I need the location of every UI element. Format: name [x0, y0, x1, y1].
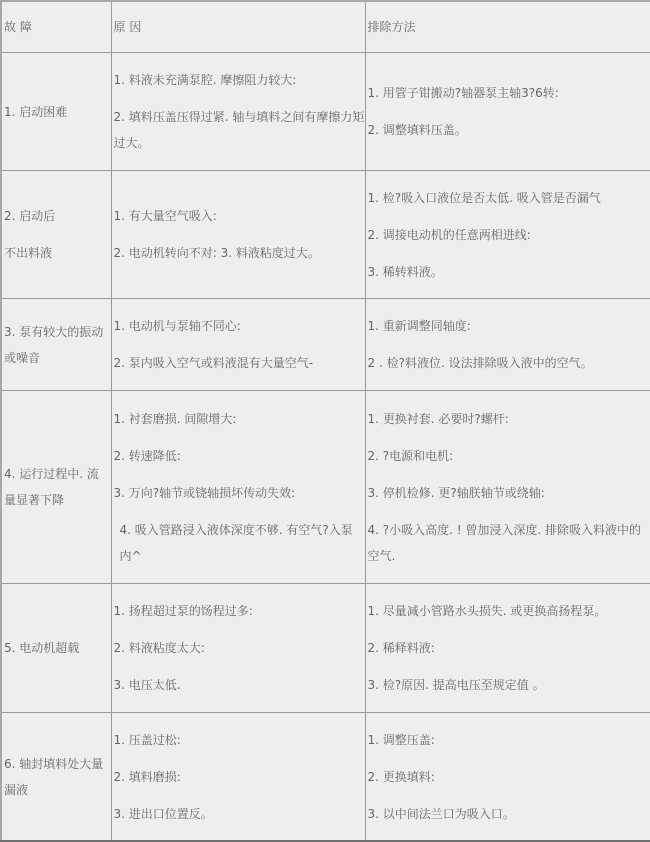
cause-item: 1. 衬套磨损. 间隙增大: [114, 406, 365, 432]
header-cause: 原 因 [111, 1, 365, 53]
cause-cell: 1. 料液未充满泵腔. 摩擦阻力较大: 2. 填料压盖压得过紧. 轴与填料之间有… [111, 53, 365, 171]
remedy-item: 3. 停机检修. 更?轴朕轴节或绕轴: [368, 480, 650, 506]
fault-text: 2. 启动后 [4, 203, 111, 229]
fault-text: 6. 轴封填料处大量漏液 [4, 751, 111, 803]
cause-item: 3. 万向?轴节或铙轴损坏传动失效: [114, 480, 365, 506]
remedy-item: 1. 检?吸入口液位是否太低. 吸入管是否漏气 [368, 185, 650, 211]
remedy-item: 1. 更换衬套. 必要时?螺杆: [368, 406, 650, 432]
cause-item: 2. 泵内吸入空气或料液混有大量空气- [114, 350, 365, 376]
remedy-item: 1. 调整压盖: [368, 727, 650, 753]
cause-item: 1. 电动机与泵轴不同心: [114, 313, 365, 339]
table-row: 5. 电动机超载 1. 扬程超过泵的饧程过多: 2. 料液粘度太大: 3. 电压… [1, 584, 650, 713]
remedy-item: 1. 尽量减小管路水头损失. 或更换高扬程泵。 [368, 598, 650, 624]
fault-text: 1. 启动困难 [4, 99, 111, 125]
remedy-item: 1. 用管子钳搬动?轴器泵主轴3?6转: [368, 80, 650, 106]
fault-cell: 4. 运行过程中. 流量显著下降 [1, 391, 111, 584]
cause-item: 2. 电动机转向不对: 3. 料液粘度过大。 [114, 240, 365, 266]
cause-cell: 1. 电动机与泵轴不同心: 2. 泵内吸入空气或料液混有大量空气- [111, 299, 365, 391]
cause-item: 3. 电压太低. [114, 672, 365, 698]
cause-item: 2. 转速降低: [114, 443, 365, 469]
fault-text: 不出料液 [4, 240, 111, 266]
remedy-item: 3. 以中间法兰口为吸入口。 [368, 801, 650, 827]
cause-cell: 1. 衬套磨损. 间隙增大: 2. 转速降低: 3. 万向?轴节或铙轴损坏传动失… [111, 391, 365, 584]
remedy-item: 2. 更换填料: [368, 764, 650, 790]
cause-cell: 1. 有大量空气吸入: 2. 电动机转向不对: 3. 料液粘度过大。 [111, 171, 365, 299]
header-remedy: 排除方法 [365, 1, 650, 53]
table-header-row: 故 障 原 因 排除方法 [1, 1, 650, 53]
fault-text: 3. 泵有较大的振动或噪音 [4, 319, 111, 371]
remedy-item: 4. ?小吸入高度. ! 曾加浸入深度. 排除吸入料液中的空气. [368, 517, 650, 569]
pump-fault-table: 故 障 原 因 排除方法 1. 启动困难 1. 料液未充满泵腔. 摩擦阻力较大:… [0, 0, 650, 842]
remedy-item: 3. 检?原因. 提高电压至规定值 。 [368, 672, 650, 698]
cause-item: 1. 压盖过松: [114, 727, 365, 753]
cause-item: 1. 有大量空气吸入: [114, 203, 365, 229]
fault-cell: 5. 电动机超载 [1, 584, 111, 713]
cause-item: 4. 吸入管路浸入液体深度不够. 有空气?入泵内^ [114, 517, 365, 569]
cause-item: 2. 填料磨损: [114, 764, 365, 790]
cause-item: 3. 进出口位置反。 [114, 801, 365, 827]
remedy-item: 2. 稀释料液: [368, 635, 650, 661]
table-row: 3. 泵有较大的振动或噪音 1. 电动机与泵轴不同心: 2. 泵内吸入空气或料液… [1, 299, 650, 391]
fault-text: 5. 电动机超载 [4, 635, 111, 661]
remedy-cell: 1. 重新调整同轴度: 2 . 检?料液位. 设法排除吸入液中的空气。 [365, 299, 650, 391]
remedy-item: 2. 调整填料压盖。 [368, 117, 650, 143]
remedy-cell: 1. 更换衬套. 必要时?螺杆: 2. ?电源和电机: 3. 停机检修. 更?轴… [365, 391, 650, 584]
table-row: 2. 启动后 不出料液 1. 有大量空气吸入: 2. 电动机转向不对: 3. 料… [1, 171, 650, 299]
remedy-item: 3. 稀转料液。 [368, 259, 650, 285]
cause-item: 1. 料液未充满泵腔. 摩擦阻力较大: [114, 67, 365, 93]
remedy-cell: 1. 调整压盖: 2. 更换填料: 3. 以中间法兰口为吸入口。 [365, 713, 650, 842]
cause-item: 2. 料液粘度太大: [114, 635, 365, 661]
remedy-item: 2. 调接电动机的任意两相进线: [368, 222, 650, 248]
cause-item: 1. 扬程超过泵的饧程过多: [114, 598, 365, 624]
fault-cell: 6. 轴封填料处大量漏液 [1, 713, 111, 842]
cause-cell: 1. 压盖过松: 2. 填料磨损: 3. 进出口位置反。 [111, 713, 365, 842]
table-row: 1. 启动困难 1. 料液未充满泵腔. 摩擦阻力较大: 2. 填料压盖压得过紧.… [1, 53, 650, 171]
header-fault: 故 障 [1, 1, 111, 53]
table-row: 4. 运行过程中. 流量显著下降 1. 衬套磨损. 间隙增大: 2. 转速降低:… [1, 391, 650, 584]
fault-text: 4. 运行过程中. 流量显著下降 [4, 461, 111, 513]
remedy-cell: 1. 尽量减小管路水头损失. 或更换高扬程泵。 2. 稀释料液: 3. 检?原因… [365, 584, 650, 713]
cause-item: 2. 填料压盖压得过紧. 轴与填料之间有摩擦力矩过大。 [114, 104, 365, 156]
fault-cell: 2. 启动后 不出料液 [1, 171, 111, 299]
fault-cell: 3. 泵有较大的振动或噪音 [1, 299, 111, 391]
fault-cell: 1. 启动困难 [1, 53, 111, 171]
cause-cell: 1. 扬程超过泵的饧程过多: 2. 料液粘度太大: 3. 电压太低. [111, 584, 365, 713]
remedy-item: 2. ?电源和电机: [368, 443, 650, 469]
remedy-item: 2 . 检?料液位. 设法排除吸入液中的空气。 [368, 350, 650, 376]
table-row: 6. 轴封填料处大量漏液 1. 压盖过松: 2. 填料磨损: 3. 进出口位置反… [1, 713, 650, 842]
remedy-cell: 1. 用管子钳搬动?轴器泵主轴3?6转: 2. 调整填料压盖。 [365, 53, 650, 171]
remedy-cell: 1. 检?吸入口液位是否太低. 吸入管是否漏气 2. 调接电动机的任意两相进线:… [365, 171, 650, 299]
remedy-item: 1. 重新调整同轴度: [368, 313, 650, 339]
